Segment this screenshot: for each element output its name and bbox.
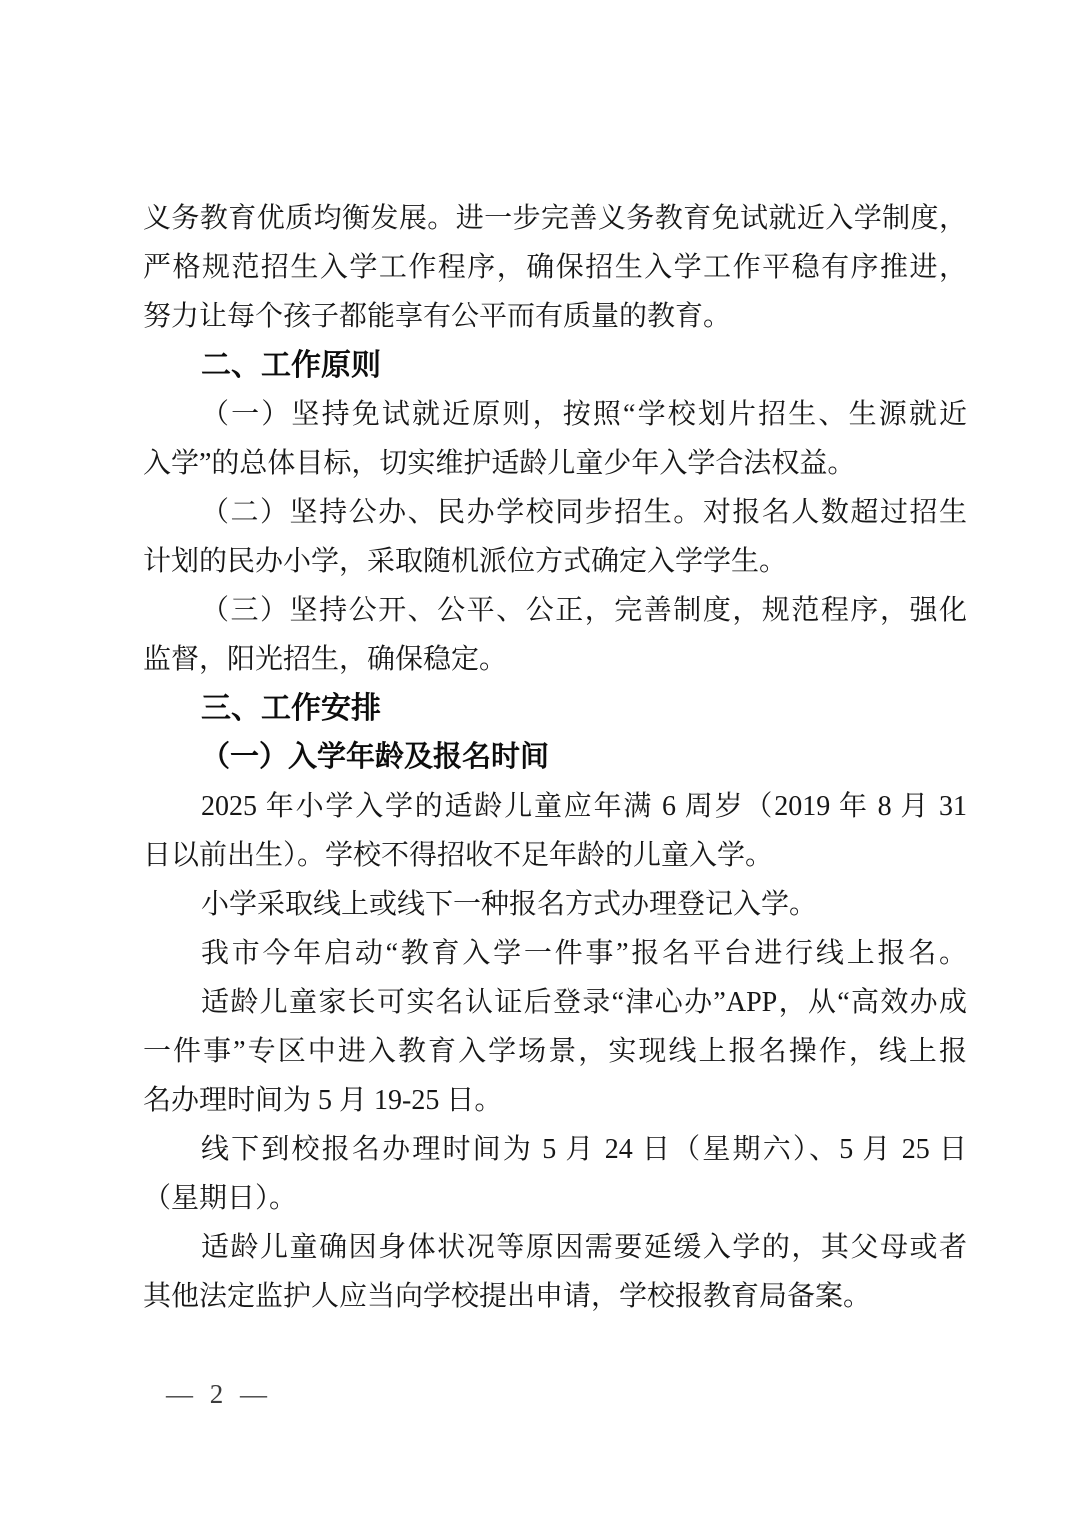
text-line: 线下到校报名办理时间为 5 月 24 日（星期六）、5 月 25 日 bbox=[143, 1125, 967, 1174]
text-line: 2025 年小学入学的适龄儿童应年满 6 周岁（2019 年 8 月 31 bbox=[143, 782, 967, 831]
text-line: 入学”的总体目标，切实维护适龄儿童少年入学合法权益。 bbox=[143, 439, 967, 488]
text-line: 监督，阳光招生，确保稳定。 bbox=[143, 635, 967, 684]
section-heading: 三、工作安排 bbox=[143, 684, 967, 733]
text-line: （三）坚持公开、公平、公正，完善制度，规范程序，强化 bbox=[143, 586, 967, 635]
text-line: 一件事”专区中进入教育入学场景，实现线上报名操作，线上报 bbox=[143, 1027, 967, 1076]
text-line: 计划的民办小学，采取随机派位方式确定入学学生。 bbox=[143, 537, 967, 586]
text-line: （星期日）。 bbox=[143, 1174, 967, 1223]
text-line: 日以前出生）。学校不得招收不足年龄的儿童入学。 bbox=[143, 831, 967, 880]
sub-heading: （一）入学年龄及报名时间 bbox=[143, 733, 967, 782]
text-line: 适龄儿童确因身体状况等原因需要延缓入学的，其父母或者 bbox=[143, 1223, 967, 1272]
page-number: — 2 — bbox=[166, 1379, 272, 1409]
text-line: 其他法定监护人应当向学校提出申请，学校报教育局备案。 bbox=[143, 1272, 967, 1321]
text-line: 适龄儿童家长可实名认证后登录“津心办”APP，从“高效办成 bbox=[143, 978, 967, 1027]
text-line: 我市今年启动“教育入学一件事”报名平台进行线上报名。 bbox=[143, 929, 967, 978]
text-line: （二）坚持公办、民办学校同步招生。对报名人数超过招生 bbox=[143, 488, 967, 537]
document-body: 义务教育优质均衡发展。进一步完善义务教育免试就近入学制度，严格规范招生入学工作程… bbox=[143, 194, 967, 1321]
text-line: （一）坚持免试就近原则，按照“学校划片招生、生源就近 bbox=[143, 390, 967, 439]
page-footer: — 2 — bbox=[166, 1370, 272, 1419]
document-page: 义务教育优质均衡发展。进一步完善义务教育免试就近入学制度，严格规范招生入学工作程… bbox=[0, 0, 1080, 1527]
section-heading: 二、工作原则 bbox=[143, 341, 967, 390]
text-line: 严格规范招生入学工作程序，确保招生入学工作平稳有序推进， bbox=[143, 243, 967, 292]
text-line: 义务教育优质均衡发展。进一步完善义务教育免试就近入学制度， bbox=[143, 194, 967, 243]
text-line: 努力让每个孩子都能享有公平而有质量的教育。 bbox=[143, 292, 967, 341]
text-line: 小学采取线上或线下一种报名方式办理登记入学。 bbox=[143, 880, 967, 929]
text-line: 名办理时间为 5 月 19-25 日。 bbox=[143, 1076, 967, 1125]
